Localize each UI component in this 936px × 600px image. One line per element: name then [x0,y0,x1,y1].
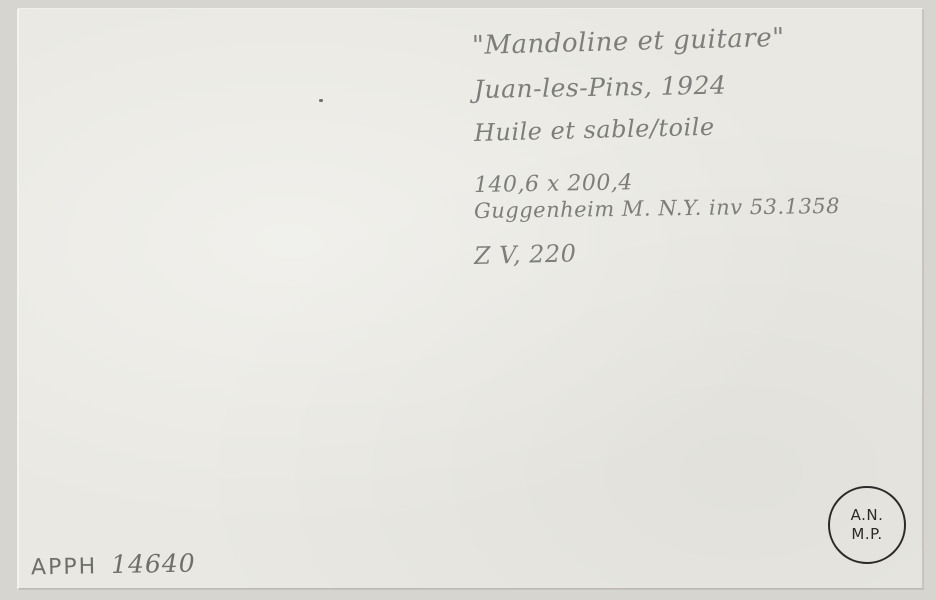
ink-mark [319,99,323,102]
inventory-prefix: APPH [31,554,98,580]
artwork-title: "Mandoline et guitare" [472,23,785,61]
stamp-line-2: M.P. [851,525,882,544]
medium: Huile et sable/toile [474,113,715,147]
dimensions: 140,6 x 200,4 [474,170,633,198]
place-and-date: Juan-les-Pins, 1924 [474,71,727,104]
stamp-line-1: A.N. [851,506,884,525]
photo-card-back: "Mandoline et guitare" Juan-les-Pins, 19… [18,9,923,589]
catalogue-reference: Z V, 220 [474,239,577,270]
inventory-digits: 14640 [111,549,196,579]
collection-reference: Guggenheim M. N.Y. inv 53.1358 [474,194,840,223]
archive-stamp: A.N. M.P. [828,486,906,564]
inventory-number: APPH14640 [31,549,196,581]
